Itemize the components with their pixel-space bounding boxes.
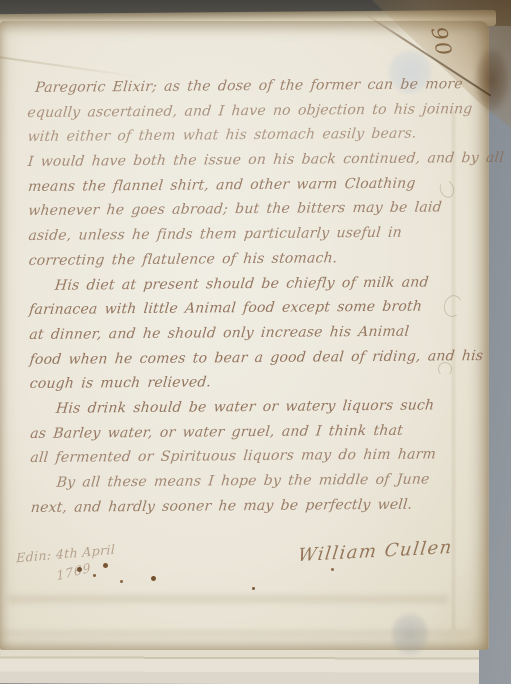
- manuscript-line: I would have both the issue on his back …: [27, 146, 481, 175]
- ink-blot-right-edge: [475, 48, 509, 112]
- manuscript-line: aside, unless he finds them particularly…: [27, 220, 481, 249]
- manuscript-line: His drink should be water or watery liqu…: [29, 393, 483, 422]
- manuscript-line: farinacea with little Animal food except…: [28, 294, 482, 323]
- manuscript-line: next, and hardly sooner he may be perfec…: [30, 492, 484, 521]
- crease-line: [0, 628, 470, 638]
- crease-line: [8, 592, 448, 606]
- manuscript-text: Paregoric Elixir; as the dose of the for…: [27, 72, 483, 520]
- manuscript-line: Paregoric Elixir; as the dose of the for…: [26, 72, 480, 101]
- manuscript-line: By all these means I hope by the middle …: [29, 467, 483, 496]
- manuscript-line: at dinner, and he should only increase h…: [28, 319, 482, 348]
- ink-specks: [0, 0, 3, 3]
- manuscript-photo: Paregoric Elixir; as the dose of the for…: [0, 0, 511, 684]
- manuscript-line: correcting the flatulence of his stomach…: [27, 245, 481, 274]
